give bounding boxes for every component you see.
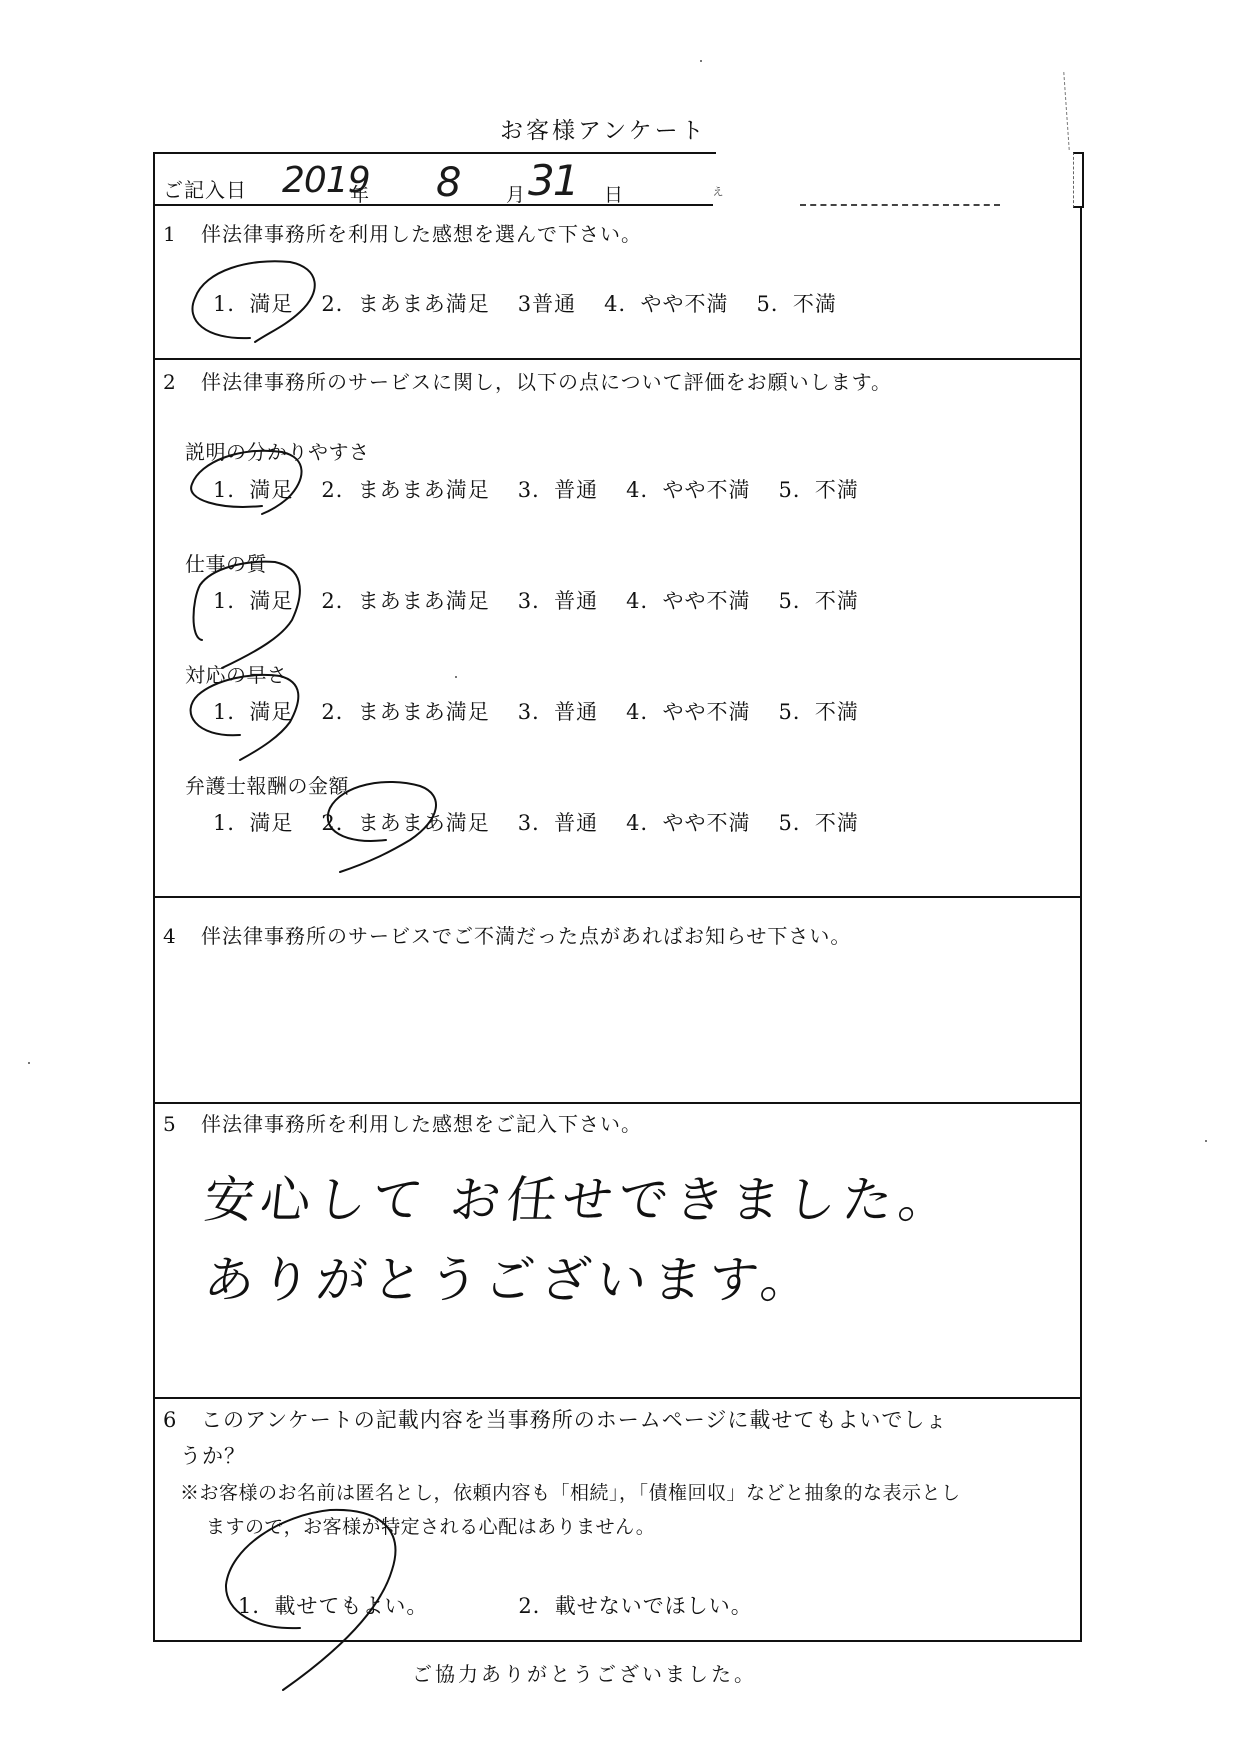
q6-options: 1．載せてもよい。2．載せないでほしい。 [238,1590,781,1620]
q2-item-2-option-2[interactable]: 2．まあまあ満足 [321,589,489,613]
q5-answer-line-1[interactable]: 安心して お任せできました。 [201,1160,958,1232]
q1-number: 1 [163,222,201,246]
q2-number: 2 [163,370,201,394]
q2-item-1-label: 説明の分かりやすさ [185,436,370,465]
scan-speck [455,676,457,678]
q2-item-1-option-4[interactable]: 4．やや不満 [626,478,750,502]
q2-item-3-options: 1．満足2．まあまあ満足3．普通4．やや不満5．不満 [213,696,887,726]
q2-heading: 2伴法律事務所のサービスに関し，以下の点について評価をお願いします。 [163,366,892,395]
section-divider-2 [153,896,1082,898]
q1-text: 伴法律事務所を利用した感想を選んで下さい。 [201,222,642,246]
q2-item-1-option-3[interactable]: 3．普通 [518,478,598,502]
section-divider-4 [153,1397,1082,1399]
q2-item-4-option-4[interactable]: 4．やや不満 [626,811,750,835]
q2-item-2-option-4[interactable]: 4．やや不満 [626,589,750,613]
q2-item-4-options: 1．満足2．まあまあ満足3．普通4．やや不満5．不満 [213,807,887,837]
q6-heading: 6このアンケートの記載内容を当事務所のホームページに載せてもよいでしょ [163,1404,947,1434]
q1-option-1[interactable]: 1．満足 [213,292,293,316]
q2-item-2-option-3[interactable]: 3．普通 [518,589,598,613]
q1-option-4[interactable]: 4．やや不満 [604,292,728,316]
q2-item-3-label: 対応の早さ [185,659,288,688]
q2-item-3-option-1[interactable]: 1．満足 [213,700,293,724]
trailing-mark: ぇ [711,180,725,200]
q5-number: 5 [163,1112,201,1136]
q2-item-1-option-5[interactable]: 5．不満 [779,478,859,502]
redaction-tab [1073,152,1084,208]
day-unit: 日 [604,180,623,207]
survey-title: お客様アンケート [500,112,707,145]
date-month-field[interactable]: 8 [436,160,461,206]
q2-item-3-option-5[interactable]: 5．不満 [779,700,859,724]
q1-options: 1．満足2．まあまあ満足3普通4．やや不満5．不満 [213,288,865,318]
q2-item-4-option-3[interactable]: 3．普通 [518,811,598,835]
q6-number: 6 [163,1408,201,1432]
q2-item-2-option-1[interactable]: 1．満足 [213,589,293,613]
q2-item-2-option-5[interactable]: 5．不満 [779,589,859,613]
q1-option-3[interactable]: 3普通 [518,292,576,316]
q4-number: 4 [163,924,201,948]
q6-note-line-2: ますので，お客様が特定される心配はありません。 [206,1512,655,1539]
scan-artifact-line [1063,72,1069,150]
date-label: ご記入日 [163,174,247,203]
q2-item-4-option-2[interactable]: 2．まあまあ満足 [321,811,489,835]
date-row-divider [153,204,713,206]
q2-item-4-label: 弁護士報酬の金額 [185,770,349,799]
q5-answer-line-2[interactable]: ありがとうございます。 [201,1240,821,1312]
scan-speck [1205,1140,1207,1142]
redacted-area [716,140,1076,202]
scan-speck [700,60,702,62]
q2-item-1-option-2[interactable]: 2．まあまあ満足 [321,478,489,502]
q5-heading: 5伴法律事務所を利用した感想をご記入下さい。 [163,1108,642,1137]
q4-heading: 4伴法律事務所のサービスでご不満だった点があればお知らせ下さい。 [163,920,851,949]
q4-answer-area[interactable] [163,960,1063,1090]
q2-item-4-option-5[interactable]: 5．不満 [779,811,859,835]
q2-item-3-option-4[interactable]: 4．やや不満 [626,700,750,724]
q2-item-2-options: 1．満足2．まあまあ満足3．普通4．やや不満5．不満 [213,585,887,615]
q6-text-line-1: このアンケートの記載内容を当事務所のホームページに載せてもよいでしょ [201,1408,947,1432]
closing-message: ご協力ありがとうございました。 [412,1658,757,1687]
q2-item-1-options: 1．満足2．まあまあ満足3．普通4．やや不満5．不満 [213,474,887,504]
month-unit: 月 [506,180,525,207]
q5-text: 伴法律事務所を利用した感想をご記入下さい。 [201,1112,642,1136]
year-unit: 年 [350,180,369,207]
q2-item-3-option-2[interactable]: 2．まあまあ満足 [321,700,489,724]
q6-option-1[interactable]: 1．載せてもよい。 [238,1594,428,1618]
q2-text: 伴法律事務所のサービスに関し，以下の点について評価をお願いします。 [201,370,892,394]
q1-heading: 1伴法律事務所を利用した感想を選んで下さい。 [163,218,642,247]
scan-speck [28,1062,30,1064]
q4-text: 伴法律事務所のサービスでご不満だった点があればお知らせ下さい。 [201,924,851,948]
date-row-divider-partial [800,204,1000,206]
q2-item-4-option-1[interactable]: 1．満足 [213,811,293,835]
date-day-field[interactable]: 31 [528,156,577,205]
q1-option-5[interactable]: 5．不満 [757,292,837,316]
q2-item-1-option-1[interactable]: 1．満足 [213,478,293,502]
q6-text-line-2: うか？ [180,1440,246,1470]
q2-item-3-option-3[interactable]: 3．普通 [518,700,598,724]
section-divider-1 [153,358,1082,360]
q1-option-2[interactable]: 2．まあまあ満足 [321,292,489,316]
q6-note-line-1: ※お客様のお名前は匿名とし，依頼内容も「相続」，「債権回収」などと抽象的な表示と… [180,1478,961,1505]
q6-option-2[interactable]: 2．載せないでほしい。 [518,1594,752,1618]
section-divider-3 [153,1102,1082,1104]
q2-item-2-label: 仕事の質 [185,548,267,577]
